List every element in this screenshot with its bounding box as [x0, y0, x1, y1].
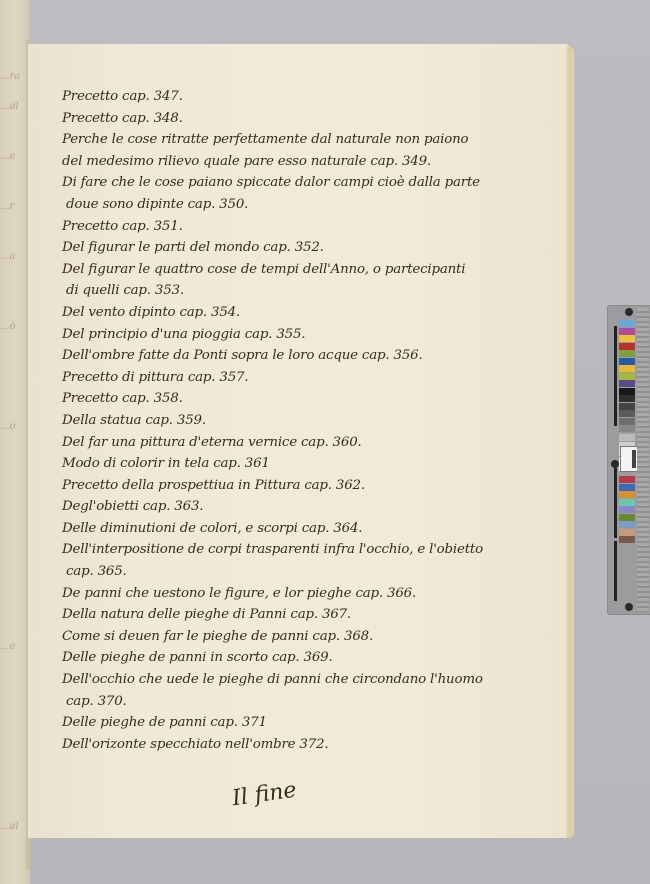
color-swatch [619, 380, 635, 387]
color-swatch [619, 499, 635, 506]
index-entry: Precetto cap. 348. [62, 108, 532, 130]
page-fore-edge [566, 46, 574, 838]
index-entry: Delle pieghe de panni cap. 371 [62, 712, 532, 734]
color-swatch [619, 373, 635, 380]
index-entry: Precetto della prospettiua in Pittura ca… [62, 475, 532, 497]
mount-hole [611, 460, 619, 468]
color-swatch [619, 350, 635, 357]
left-page-fragment: ...al [0, 100, 26, 114]
color-swatch [619, 434, 635, 441]
index-entry: Perche le cose ritratte perfettamente da… [62, 129, 532, 151]
color-swatch [619, 476, 635, 483]
color-swatch [619, 410, 635, 417]
color-swatch [619, 335, 635, 342]
index-entry: Della statua cap. 359. [62, 410, 532, 432]
color-swatch [619, 320, 635, 327]
index-entry: Dell'orizonte specchiato nell'ombre 372. [62, 734, 532, 756]
color-swatch [619, 521, 635, 528]
left-page-fragment: ...a [0, 250, 26, 264]
color-swatch [619, 491, 635, 498]
index-entry: cap. 365. [62, 561, 532, 583]
swatch-labels [637, 308, 649, 612]
color-swatch [619, 536, 635, 543]
left-page-fragment: ...ra [0, 70, 26, 84]
index-entry: cap. 370. [62, 691, 532, 713]
color-swatch [619, 388, 635, 395]
index-entry: Dell'occhio che uede le pieghe di panni … [62, 669, 532, 691]
left-page-fragment: ...ò [0, 320, 26, 334]
registration-bar [614, 326, 617, 426]
index-entry: Precetto cap. 347. [62, 86, 532, 108]
chapter-index: Precetto cap. 347. Precetto cap. 348. Pe… [62, 86, 532, 755]
registration-bar [614, 541, 617, 601]
color-swatch [619, 506, 635, 513]
index-entry: di quelli cap. 353. [62, 280, 532, 302]
color-calibration-target [607, 305, 650, 615]
index-entry: Modo di colorir in tela cap. 361 [62, 453, 532, 475]
color-swatch [619, 343, 635, 350]
index-entry: Come si deuen far le pieghe de panni cap… [62, 626, 532, 648]
color-swatch [619, 514, 635, 521]
index-entry: Delle pieghe de panni in scorto cap. 369… [62, 647, 532, 669]
index-entry: Del vento dipinto cap. 354. [62, 302, 532, 324]
index-entry: Del far una pittura d'eterna vernice cap… [62, 432, 532, 454]
color-swatch [619, 484, 635, 491]
registration-bar [614, 468, 617, 538]
color-swatch [619, 529, 635, 536]
index-entry: del medesimo rilievo quale pare esso nat… [62, 151, 532, 173]
index-entry: Precetto di pittura cap. 357. [62, 367, 532, 389]
index-entry: Della natura delle pieghe di Panni cap. … [62, 604, 532, 626]
index-entry: Di fare che le cose paiano spiccate dalo… [62, 172, 532, 194]
index-entry: De panni che uestono le figure, e lor pi… [62, 583, 532, 605]
index-entry: Del principio d'una pioggia cap. 355. [62, 324, 532, 346]
left-page-fragment: ...al [0, 820, 26, 834]
index-entry: Precetto cap. 351. [62, 216, 532, 238]
mount-hole [625, 603, 633, 611]
index-entry: Del figurar le parti del mondo cap. 352. [62, 237, 532, 259]
color-swatch [619, 328, 635, 335]
color-swatch [619, 403, 635, 410]
color-swatch [619, 358, 635, 365]
left-page-fragment: ...o [0, 420, 26, 434]
index-entry: Del figurar le quattro cose de tempi del… [62, 259, 532, 281]
left-facing-page: ...ra ...al ...e ...r ...a ...ò ...o ...… [0, 0, 30, 884]
index-entry: Dell'ombre fatte da Ponti sopra le loro … [62, 345, 532, 367]
left-page-fragment: ...r [0, 200, 26, 214]
color-swatch [619, 425, 635, 432]
index-entry: Dell'interpositione de corpi trasparenti… [62, 539, 532, 561]
color-swatch [619, 365, 635, 372]
mount-hole [625, 308, 633, 316]
index-entry: doue sono dipinte cap. 350. [62, 194, 532, 216]
left-page-fragment: ...e [0, 150, 26, 164]
index-entry: Precetto cap. 358. [62, 388, 532, 410]
left-page-fragment: ...e [0, 640, 26, 654]
color-swatch [619, 418, 635, 425]
index-entry: Degl'obietti cap. 363. [62, 496, 532, 518]
index-entry: Delle diminutioni de colori, e scorpi ca… [62, 518, 532, 540]
color-swatch [619, 395, 635, 402]
